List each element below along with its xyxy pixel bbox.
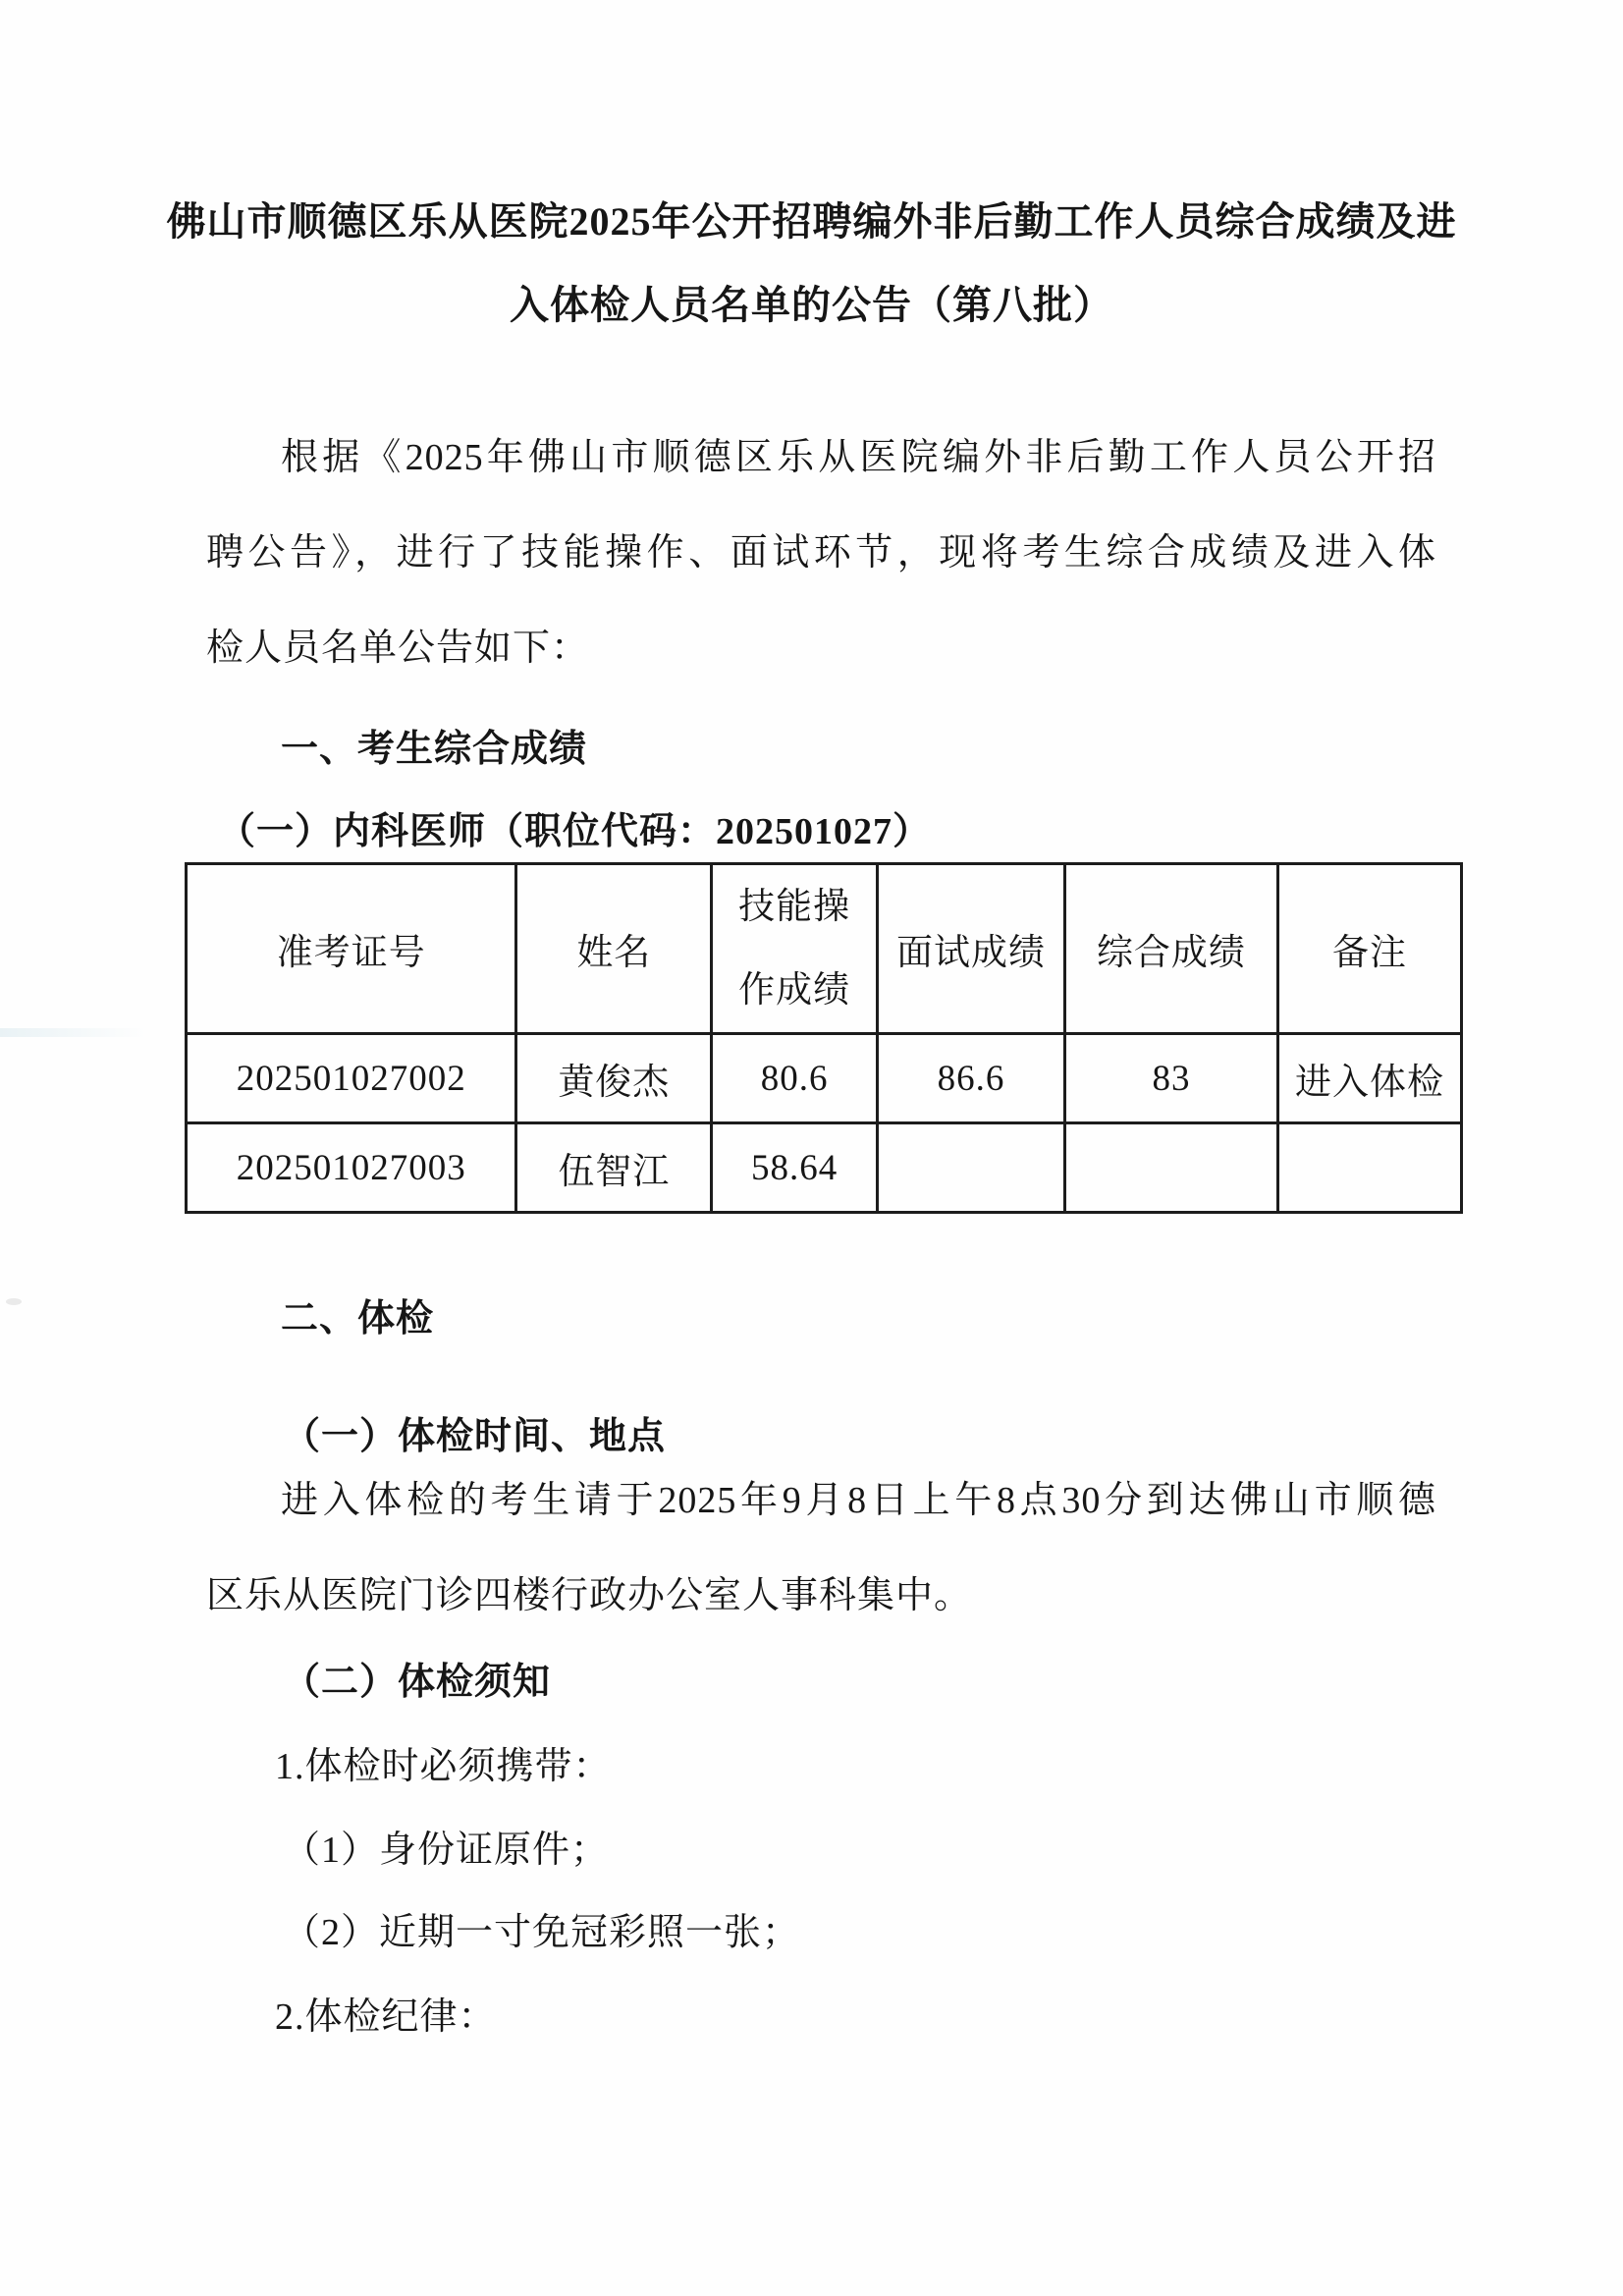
cell-overall-score (1064, 1123, 1277, 1213)
scan-artifact (6, 1298, 22, 1305)
scan-artifact (0, 1028, 147, 1037)
column-header-remark: 备注 (1277, 864, 1461, 1034)
cell-remark (1277, 1123, 1461, 1213)
notice-item: （2）近期一寸免冠彩照一张； (283, 1908, 1513, 1958)
intro-paragraph-line: 检人员名单公告如下： (206, 624, 1436, 674)
cell-overall-score: 83 (1064, 1034, 1277, 1123)
exam-time-paragraph-line: 区乐从医院门诊四楼行政办公室人事科集中。 (206, 1571, 1436, 1621)
table-header-row: 准考证号 姓名 技能操作成绩 面试成绩 综合成绩 备注 (187, 864, 1462, 1034)
section-2-sub-2-heading: （二）体检须知 (283, 1658, 1513, 1708)
column-header-overall-score: 综合成绩 (1064, 864, 1277, 1034)
column-header-name: 姓名 (516, 864, 712, 1034)
cell-exam-no: 202501027002 (187, 1034, 516, 1123)
section-1-heading: 一、考生综合成绩 (206, 725, 1436, 775)
column-header-interview-score: 面试成绩 (878, 864, 1065, 1034)
document-title-line-1: 佛山市顺德区乐从医院2025年公开招聘编外非后勤工作人员综合成绩及进 (0, 191, 1623, 246)
table-row: 202501027003 伍智江 58.64 (187, 1123, 1462, 1213)
section-1-subheading: （一）内科医师（职位代码：202501027） (218, 807, 1448, 857)
skill-score-header-text: 技能操作成绩 (733, 865, 855, 1032)
column-header-skill-score: 技能操作成绩 (712, 864, 878, 1034)
cell-name: 黄俊杰 (516, 1034, 712, 1123)
intro-paragraph-line: 根据《2025年佛山市顺德区乐从医院编外非后勤工作人员公开招 (206, 433, 1436, 483)
cell-skill-score: 80.6 (712, 1034, 878, 1123)
cell-remark: 进入体检 (1277, 1034, 1461, 1123)
exam-time-paragraph-line: 进入体检的考生请于2025年9月8日上午8点30分到达佛山市顺德 (206, 1476, 1436, 1526)
document-title-line-2: 入体检人员名单的公告（第八批） (0, 274, 1623, 330)
cell-exam-no: 202501027003 (187, 1123, 516, 1213)
section-2-heading: 二、体检 (206, 1294, 1436, 1344)
table-row: 202501027002 黄俊杰 80.6 86.6 83 进入体检 (187, 1034, 1462, 1123)
notice-item: （1）身份证原件； (283, 1826, 1513, 1876)
cell-interview-score: 86.6 (878, 1034, 1065, 1123)
notice-item: 1.体检时必须携带： (275, 1742, 1505, 1792)
cell-interview-score (878, 1123, 1065, 1213)
score-table: 准考证号 姓名 技能操作成绩 面试成绩 综合成绩 备注 202501027002… (185, 862, 1463, 1214)
document-page: 佛山市顺德区乐从医院2025年公开招聘编外非后勤工作人员综合成绩及进 入体检人员… (0, 0, 1623, 2296)
intro-paragraph-line: 聘公告》，进行了技能操作、面试环节，现将考生综合成绩及进入体 (206, 528, 1436, 578)
column-header-exam-no: 准考证号 (187, 864, 516, 1034)
section-2-sub-1-heading: （一）体检时间、地点 (283, 1412, 1513, 1462)
cell-skill-score: 58.64 (712, 1123, 878, 1213)
cell-name: 伍智江 (516, 1123, 712, 1213)
notice-item: 2.体检纪律： (275, 1993, 1505, 2043)
